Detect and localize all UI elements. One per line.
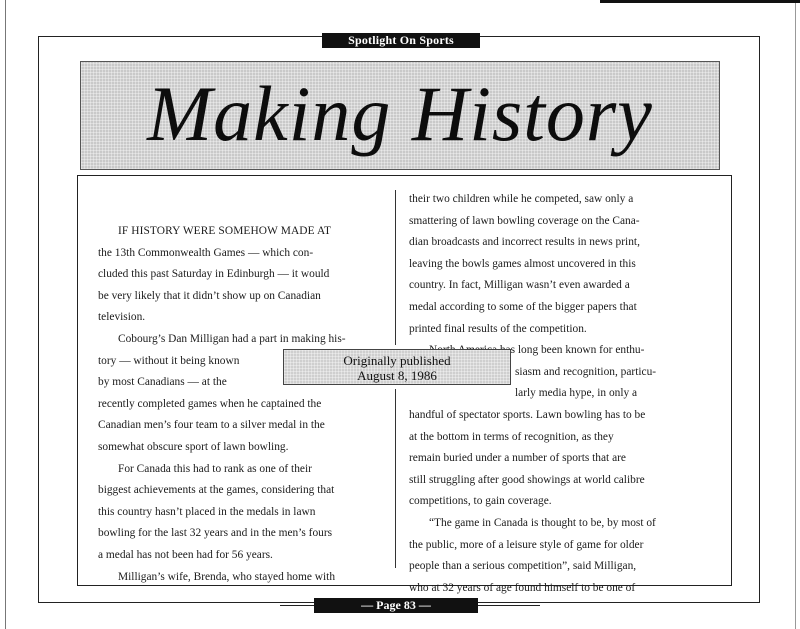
article-line: a medal has not been had for 56 years. [98, 545, 388, 567]
footer-rule-left [280, 605, 314, 606]
article-line: leaving the bowls games almost uncovered… [409, 254, 725, 276]
headline: Making History [81, 68, 719, 160]
article-line: “The game in Canada is thought to be, by… [409, 513, 725, 535]
scan-edge-top [600, 0, 800, 3]
article-line: IF HISTORY WERE SOMEHOW MADE AT [98, 221, 388, 243]
article-line: at the bottom in terms of recognition, a… [409, 427, 725, 449]
article-line: printed final results of the competition… [409, 319, 725, 341]
article-line: cluded this past Saturday in Edinburgh —… [98, 264, 388, 286]
article-line: somewhat obscure sport of lawn bowling. [98, 437, 388, 459]
article-line: remain buried under a number of sports t… [409, 448, 725, 470]
article-line: the 13th Commonwealth Games — which con- [98, 243, 388, 265]
article-line: still struggling after good showings at … [409, 470, 725, 492]
article-line: Milligan’s wife, Brenda, who stayed home… [98, 567, 388, 589]
article-line: For Canada this had to rank as one of th… [98, 459, 388, 481]
article-line: dian broadcasts and incorrect results in… [409, 232, 725, 254]
scan-edge-left [5, 0, 6, 629]
article-line: competitions, to gain coverage. [409, 491, 725, 513]
article-line: who at 32 years of age found himself to … [409, 578, 725, 600]
footer-rule-right [478, 605, 540, 606]
article-line: bowling for the last 32 years and in the… [98, 523, 388, 545]
page-number: — Page 83 — [314, 598, 478, 613]
headline-banner: Making History [80, 61, 720, 170]
article-line: this country hasn’t placed in the medals… [98, 502, 388, 524]
article-line: television. [98, 307, 388, 329]
scan-edge-right [795, 0, 796, 629]
article-line: smattering of lawn bowling coverage on t… [409, 211, 725, 233]
section-tag: Spotlight On Sports [322, 33, 480, 48]
article-line: their two children while he competed, sa… [409, 189, 725, 211]
article-line: biggest achievements at the games, consi… [98, 480, 388, 502]
article-column-left: IF HISTORY WERE SOMEHOW MADE AT the 13th… [98, 221, 388, 588]
article-line: country. In fact, Milligan wasn’t even a… [409, 275, 725, 297]
callout-line-2: August 8, 1986 [284, 368, 510, 383]
article-line: recently completed games when he captain… [98, 394, 388, 416]
article-column-right: their two children while he competed, sa… [409, 189, 725, 599]
article-line: be very likely that it didn’t show up on… [98, 286, 388, 308]
article-line: larly media hype, in only a [409, 383, 725, 405]
article-line: Canadian men’s four team to a silver med… [98, 415, 388, 437]
article-line: people than a serious competition”, said… [409, 556, 725, 578]
article-line: handful of spectator sports. Lawn bowlin… [409, 405, 725, 427]
callout-line-1: Originally published [284, 353, 510, 368]
article-line: the public, more of a leisure style of g… [409, 535, 725, 557]
publication-date-callout: Originally published August 8, 1986 [283, 349, 511, 385]
article-line: medal according to some of the bigger pa… [409, 297, 725, 319]
article-line: Cobourg’s Dan Milligan had a part in mak… [98, 329, 388, 351]
